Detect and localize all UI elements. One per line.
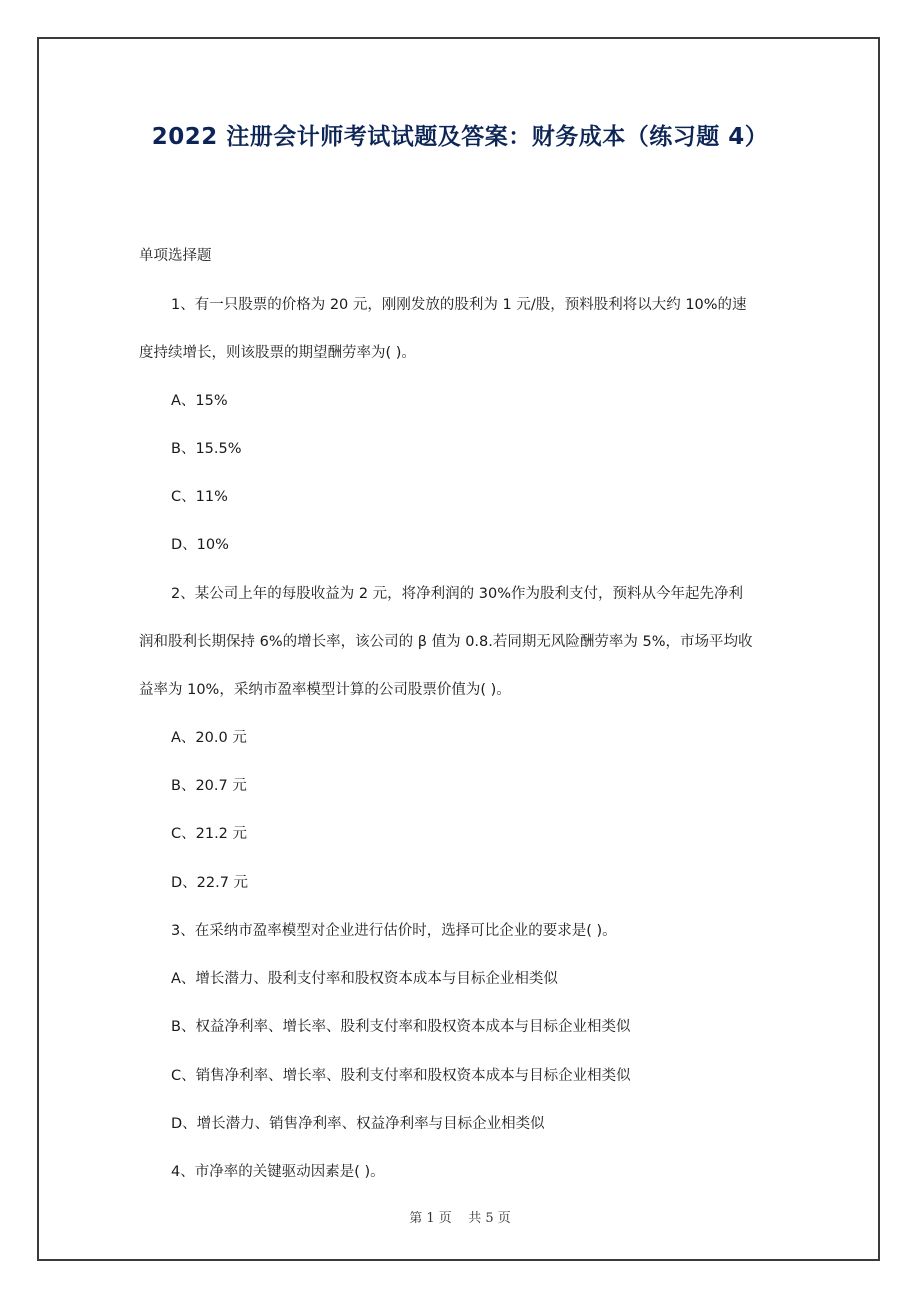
question-3-option-d: D、增长潜力、销售净利率、权益净利率与目标企业相类似 xyxy=(171,1114,545,1134)
question-2-line-2: 润和股利长期保持 6%的增长率，该公司的 β 值为 0.8.若同期无风险酬劳率为… xyxy=(139,632,752,652)
question-3-option-b: B、权益净利率、增长率、股利支付率和股权资本成本与目标企业相类似 xyxy=(171,1017,630,1037)
page-indicator: 第 1 页 共 5 页 xyxy=(0,1207,920,1226)
question-3-option-a: A、增长潜力、股利支付率和股权资本成本与目标企业相类似 xyxy=(171,969,558,989)
question-2-option-c: C、21.2 元 xyxy=(171,824,247,844)
document-title: 2022 注册会计师考试试题及答案：财务成本（练习题 4） xyxy=(0,118,920,151)
question-1-option-a: A、15% xyxy=(171,391,228,411)
question-3-option-c: C、销售净利率、增长率、股利支付率和股权资本成本与目标企业相类似 xyxy=(171,1066,631,1086)
question-3-line-1: 3、在采纳市盈率模型对企业进行估价时，选择可比企业的要求是( )。 xyxy=(171,921,617,941)
question-1-option-d: D、10% xyxy=(171,535,229,555)
question-1-option-c: C、11% xyxy=(171,487,228,507)
question-1-line-1: 1、有一只股票的价格为 20 元，刚刚发放的股利为 1 元/股，预料股利将以大约… xyxy=(171,295,747,315)
question-2-option-a: A、20.0 元 xyxy=(171,728,247,748)
question-4-line-1: 4、市净率的关键驱动因素是( )。 xyxy=(171,1162,385,1182)
question-2-option-d: D、22.7 元 xyxy=(171,873,248,893)
question-1-line-2: 度持续增长，则该股票的期望酬劳率为( )。 xyxy=(139,343,416,363)
section-heading: 单项选择题 xyxy=(139,246,212,266)
question-2-line-3: 益率为 10%，采纳市盈率模型计算的公司股票价值为( )。 xyxy=(139,680,511,700)
question-1-option-b: B、15.5% xyxy=(171,439,242,459)
question-2-line-1: 2、某公司上年的每股收益为 2 元，将净利润的 30%作为股利支付，预料从今年起… xyxy=(171,584,743,604)
question-2-option-b: B、20.7 元 xyxy=(171,776,247,796)
